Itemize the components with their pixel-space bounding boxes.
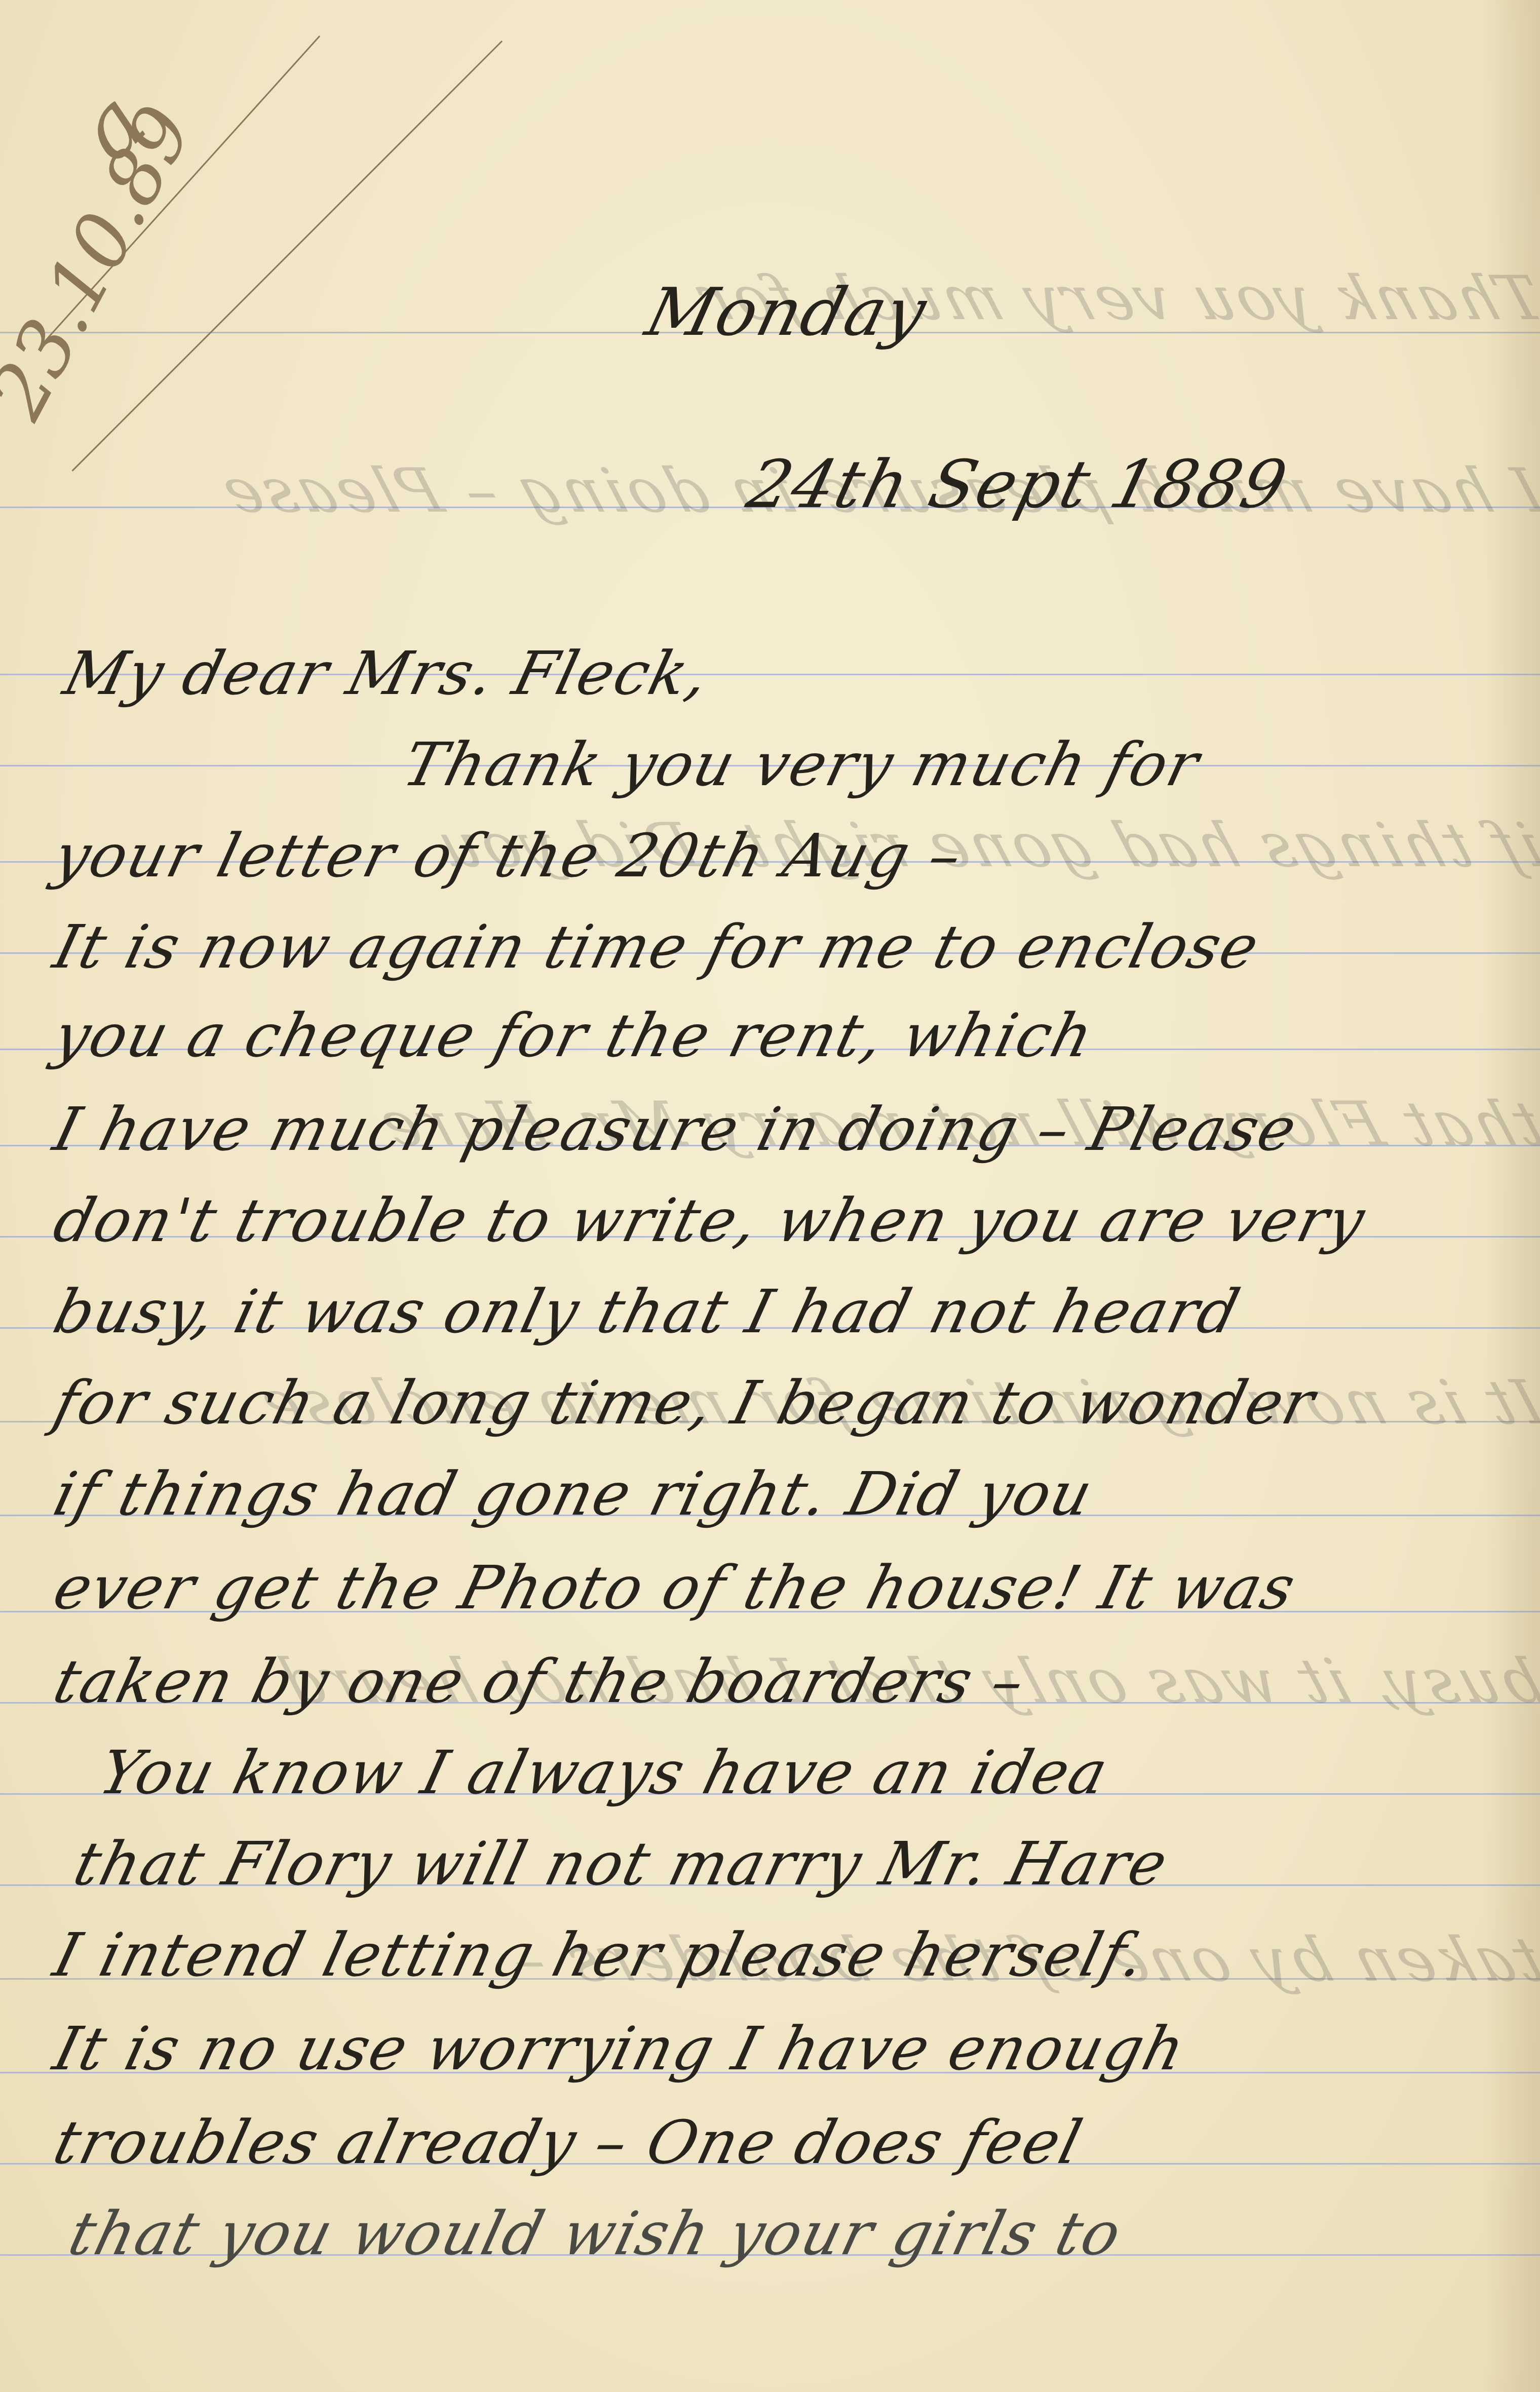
docket-annotation: a 23.10.89 (46, 20, 502, 476)
body-line: You know I always have an idea (93, 1738, 1116, 1807)
heading-day: Monday (639, 274, 935, 351)
docket-date: 23.10.89 (0, 93, 210, 433)
body-line: that Flory will not marry Mr. Hare (67, 1829, 1176, 1899)
salutation: My dear Mrs. Fleck, (57, 638, 717, 708)
body-line: Thank you very much for (397, 729, 1207, 799)
body-line: don't trouble to write, when you are ver… (47, 1185, 1373, 1255)
body-line: troubles already – One does feel (47, 2107, 1090, 2177)
body-line: for such a long time, I began to wonder (47, 1368, 1323, 1438)
body-line: you a cheque for the rent, which (47, 1000, 1101, 1070)
body-line: I intend letting her please herself. (47, 1920, 1153, 1990)
body-line: taken by one of the boarders – (47, 1646, 1033, 1716)
body-line: ever get the Photo of the house! It was (47, 1553, 1303, 1623)
body-line: It is now again time for me to enclose (47, 912, 1267, 982)
body-line: busy, it was only that I had not heard (47, 1277, 1248, 1346)
body-line: if things had gone right. Did you (47, 1459, 1101, 1529)
body-line: I have much pleasure in doing – Please (47, 1094, 1305, 1164)
body-line: your letter of the 20th Aug – (47, 821, 971, 891)
heading-date: 24th Sept 1889 (740, 446, 1295, 523)
body-line: It is no use worrying I have enough (47, 2014, 1193, 2084)
letter-page: Thank you very much for I have much plea… (0, 0, 1540, 2392)
body-line: that you would wish your girls to (62, 2198, 1130, 2268)
